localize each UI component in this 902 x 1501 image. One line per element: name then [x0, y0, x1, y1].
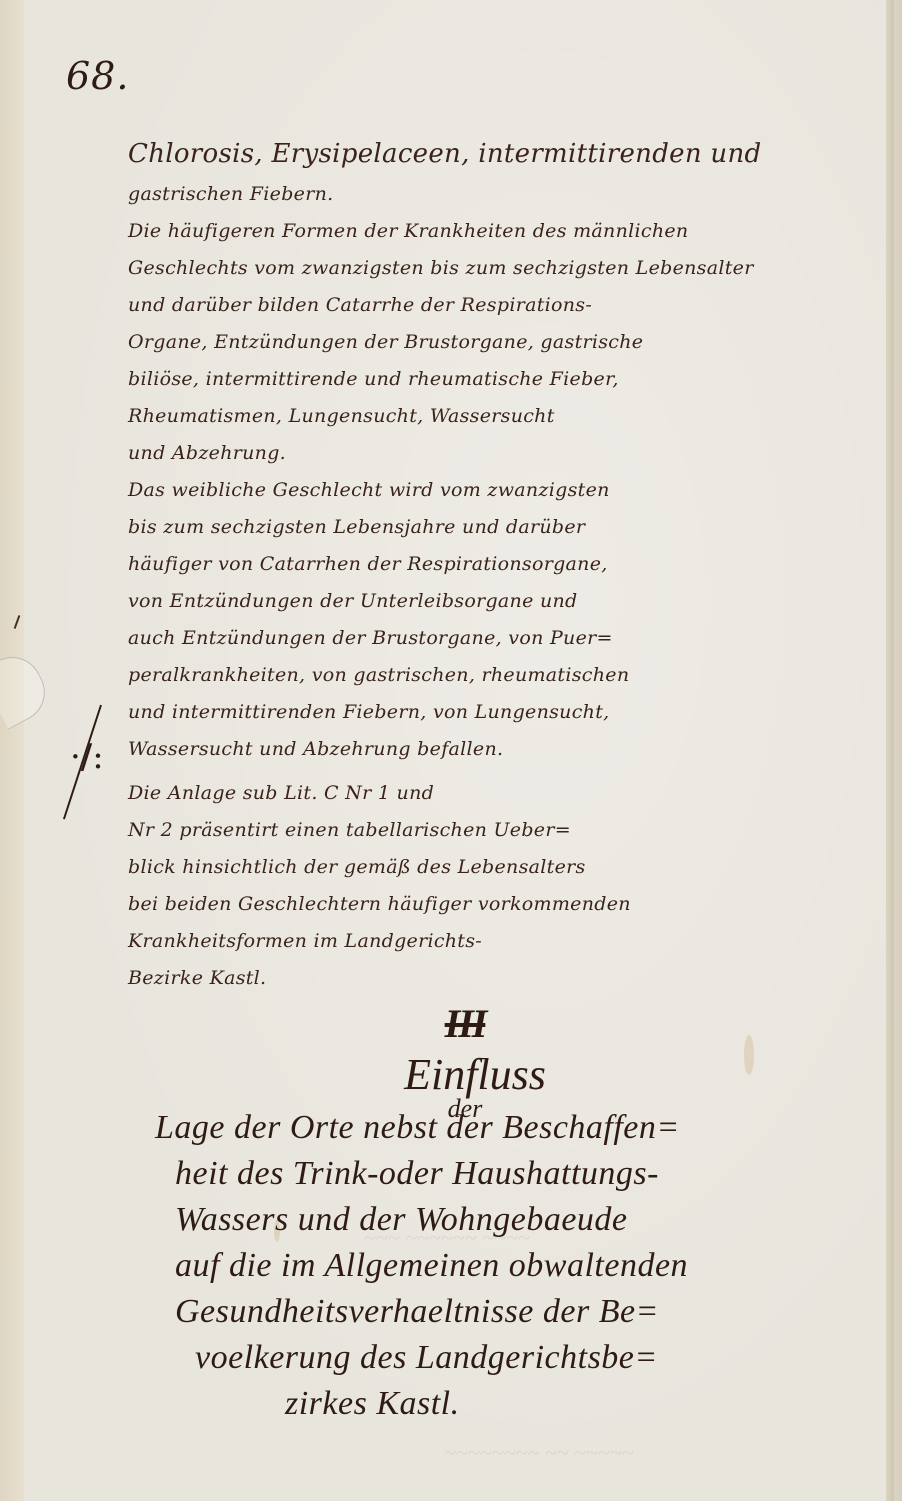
page-number: 68.	[66, 54, 129, 98]
heading-line: auf die im Allgemeinen obwaltenden	[175, 1243, 885, 1289]
text-line: häufiger von Catarrhen der Respirationso…	[128, 537, 868, 574]
text-line: auch Entzündungen der Brustorgane, von P…	[128, 611, 868, 648]
text-line: Bezirke Kastl.	[128, 951, 868, 988]
text-line: gastrischen Fiebern.	[128, 167, 868, 204]
text-line: Chlorosis, Erysipelaceen, intermittirend…	[128, 130, 868, 167]
text-line: Das weibliche Geschlecht wird vom zwanzi…	[128, 463, 868, 500]
text-line: und darüber bilden Catarrhe der Respirat…	[128, 278, 868, 315]
text-line: peralkrankheiten, von gastrischen, rheum…	[128, 648, 868, 685]
heading-line: voelkerung des Landgerichtsbe=	[175, 1335, 885, 1381]
text-line: und Abzehrung.	[128, 426, 868, 463]
page-edge	[886, 0, 894, 1501]
body-text: Chlorosis, Erysipelaceen, intermittirend…	[128, 130, 868, 988]
margin-symbol: ·/:	[70, 737, 104, 777]
heading-line: Wassers und der Wohngebaeude	[175, 1197, 885, 1243]
text-line: von Entzündungen der Unterleibsorgane un…	[128, 574, 868, 611]
bleed-through-text: ~~~~~~~~ ~~ ~~~~~	[444, 1440, 634, 1466]
text-line: Die Anlage sub Lit. C Nr 1 und	[128, 759, 868, 803]
text-line: Geschlechts vom zwanzigsten bis zum sech…	[128, 241, 868, 278]
text-line: Rheumatismen, Lungensucht, Wassersucht	[128, 389, 868, 426]
margin-annotation-mark: ·/:	[70, 705, 130, 825]
text-line: Wassersucht und Abzehrung befallen.	[128, 722, 868, 759]
heading-line: heit des Trink-oder Haushattungs-	[175, 1151, 885, 1197]
text-line: Krankheitsformen im Landgerichts-	[128, 914, 868, 951]
text-line: bei beiden Geschlechtern häufiger vorkom…	[128, 877, 868, 914]
text-line: biliöse, intermittirende und rheumatisch…	[128, 352, 868, 389]
previous-leaf-edge	[0, 0, 25, 1501]
manuscript-scan: ~~~ ~~~~~~ ~~~~ ~~~~~~~~ ~~ ~~~~~ 68. Ch…	[0, 0, 902, 1501]
heading-line: zirkes Kastl.	[175, 1381, 885, 1427]
section-numeral: III	[40, 1000, 890, 1047]
text-line: Die häufigeren Formen der Krankheiten de…	[128, 204, 868, 241]
section-title: Einfluss	[60, 1049, 890, 1100]
text-line: bis zum sechzigsten Lebensjahre und darü…	[128, 500, 868, 537]
text-line: Organe, Entzündungen der Brustorgane, ga…	[128, 315, 868, 352]
heading-line: Gesundheitsverhaeltnisse der Be=	[175, 1289, 885, 1335]
heading-line: Lage der Orte nebst der Beschaffen=	[155, 1105, 885, 1151]
text-line: Nr 2 präsentirt einen tabellarischen Ueb…	[128, 803, 868, 840]
text-line: blick hinsichtlich der gemäß des Lebensa…	[128, 840, 868, 877]
section-heading-lines: Lage der Orte nebst der Beschaffen= heit…	[175, 1105, 885, 1427]
text-line: und intermittirenden Fiebern, von Lungen…	[128, 685, 868, 722]
